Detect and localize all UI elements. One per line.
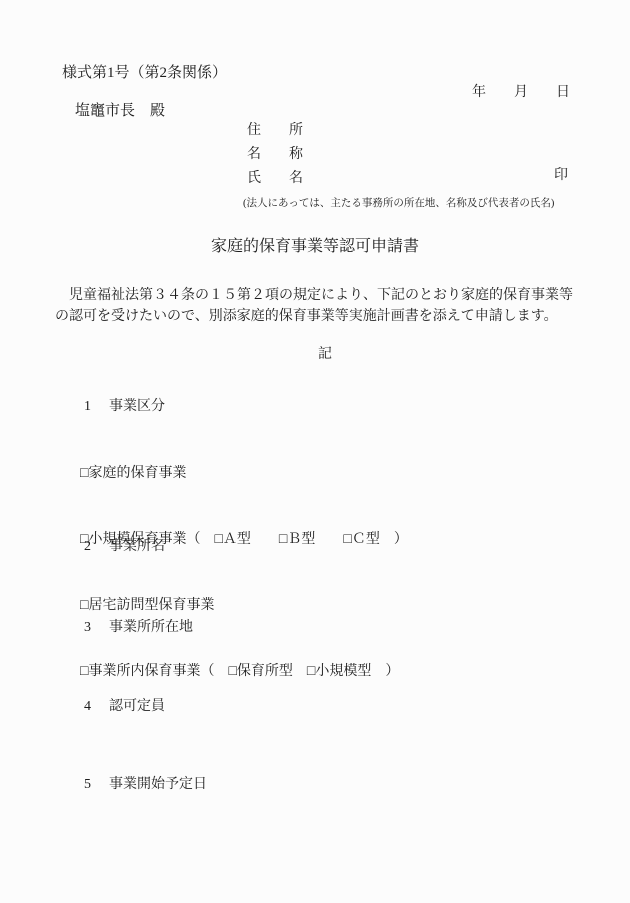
section-number: 2 — [84, 540, 109, 554]
applicant-person-name-label: 氏 名 — [247, 172, 303, 186]
section-number: 5 — [84, 778, 109, 792]
section-label: 事業所名 — [109, 539, 165, 554]
section-number: 3 — [84, 621, 109, 635]
section-label: 認可定員 — [109, 699, 165, 714]
addressee-line: 塩竈市長 殿 — [75, 104, 165, 119]
section-4-approved-capacity: 4認可定員 — [70, 686, 165, 728]
section-label: 事業所所在地 — [109, 620, 193, 635]
section-label: 事業区分 — [109, 399, 165, 414]
checkbox-option-workplace-childcare: □事業所内保育事業（ □保育所型 □小規模型 ） — [80, 661, 408, 683]
date-line: 年 月 日 — [472, 86, 570, 100]
checkbox-option-family-childcare: □家庭的保育事業 — [80, 463, 408, 485]
section-label: 事業開始予定日 — [109, 777, 207, 792]
section-3-office-location: 3事業所所在地 — [70, 607, 193, 649]
application-form-page: 様式第1号（第2条関係） 年 月 日 塩竈市長 殿 住 所 名 称 氏 名 印 … — [0, 0, 630, 903]
section-number: 1 — [84, 400, 109, 414]
corporate-note: (法人にあっては、主たる事務所の所在地、名称及び代表者の氏名) — [243, 199, 554, 210]
section-2-office-name: 2事業所名 — [70, 526, 165, 568]
form-number: 様式第1号（第2条関係） — [62, 66, 227, 81]
body-paragraph-line-2: の認可を受けたいので、別添家庭的保育事業等実施計画書を添えて申請します。 — [55, 310, 558, 324]
document-title: 家庭的保育事業等認可申請書 — [0, 239, 630, 255]
section-number: 4 — [84, 700, 109, 714]
section-5-planned-start-date: 5事業開始予定日 — [70, 764, 207, 806]
record-marker: 記 — [10, 348, 630, 362]
applicant-entity-name-label: 名 称 — [247, 148, 303, 162]
seal-mark: 印 — [554, 169, 568, 183]
business-type-checkbox-list: □家庭的保育事業 □小規模保育事業（ □Ａ型 □Ｂ型 □Ｃ型 ） □居宅訪問型保… — [80, 419, 408, 727]
applicant-address-label: 住 所 — [247, 124, 303, 138]
body-paragraph-line-1: 児童福祉法第３４条の１５第２項の規定により、下記のとおり家庭的保育事業等 — [55, 289, 573, 303]
